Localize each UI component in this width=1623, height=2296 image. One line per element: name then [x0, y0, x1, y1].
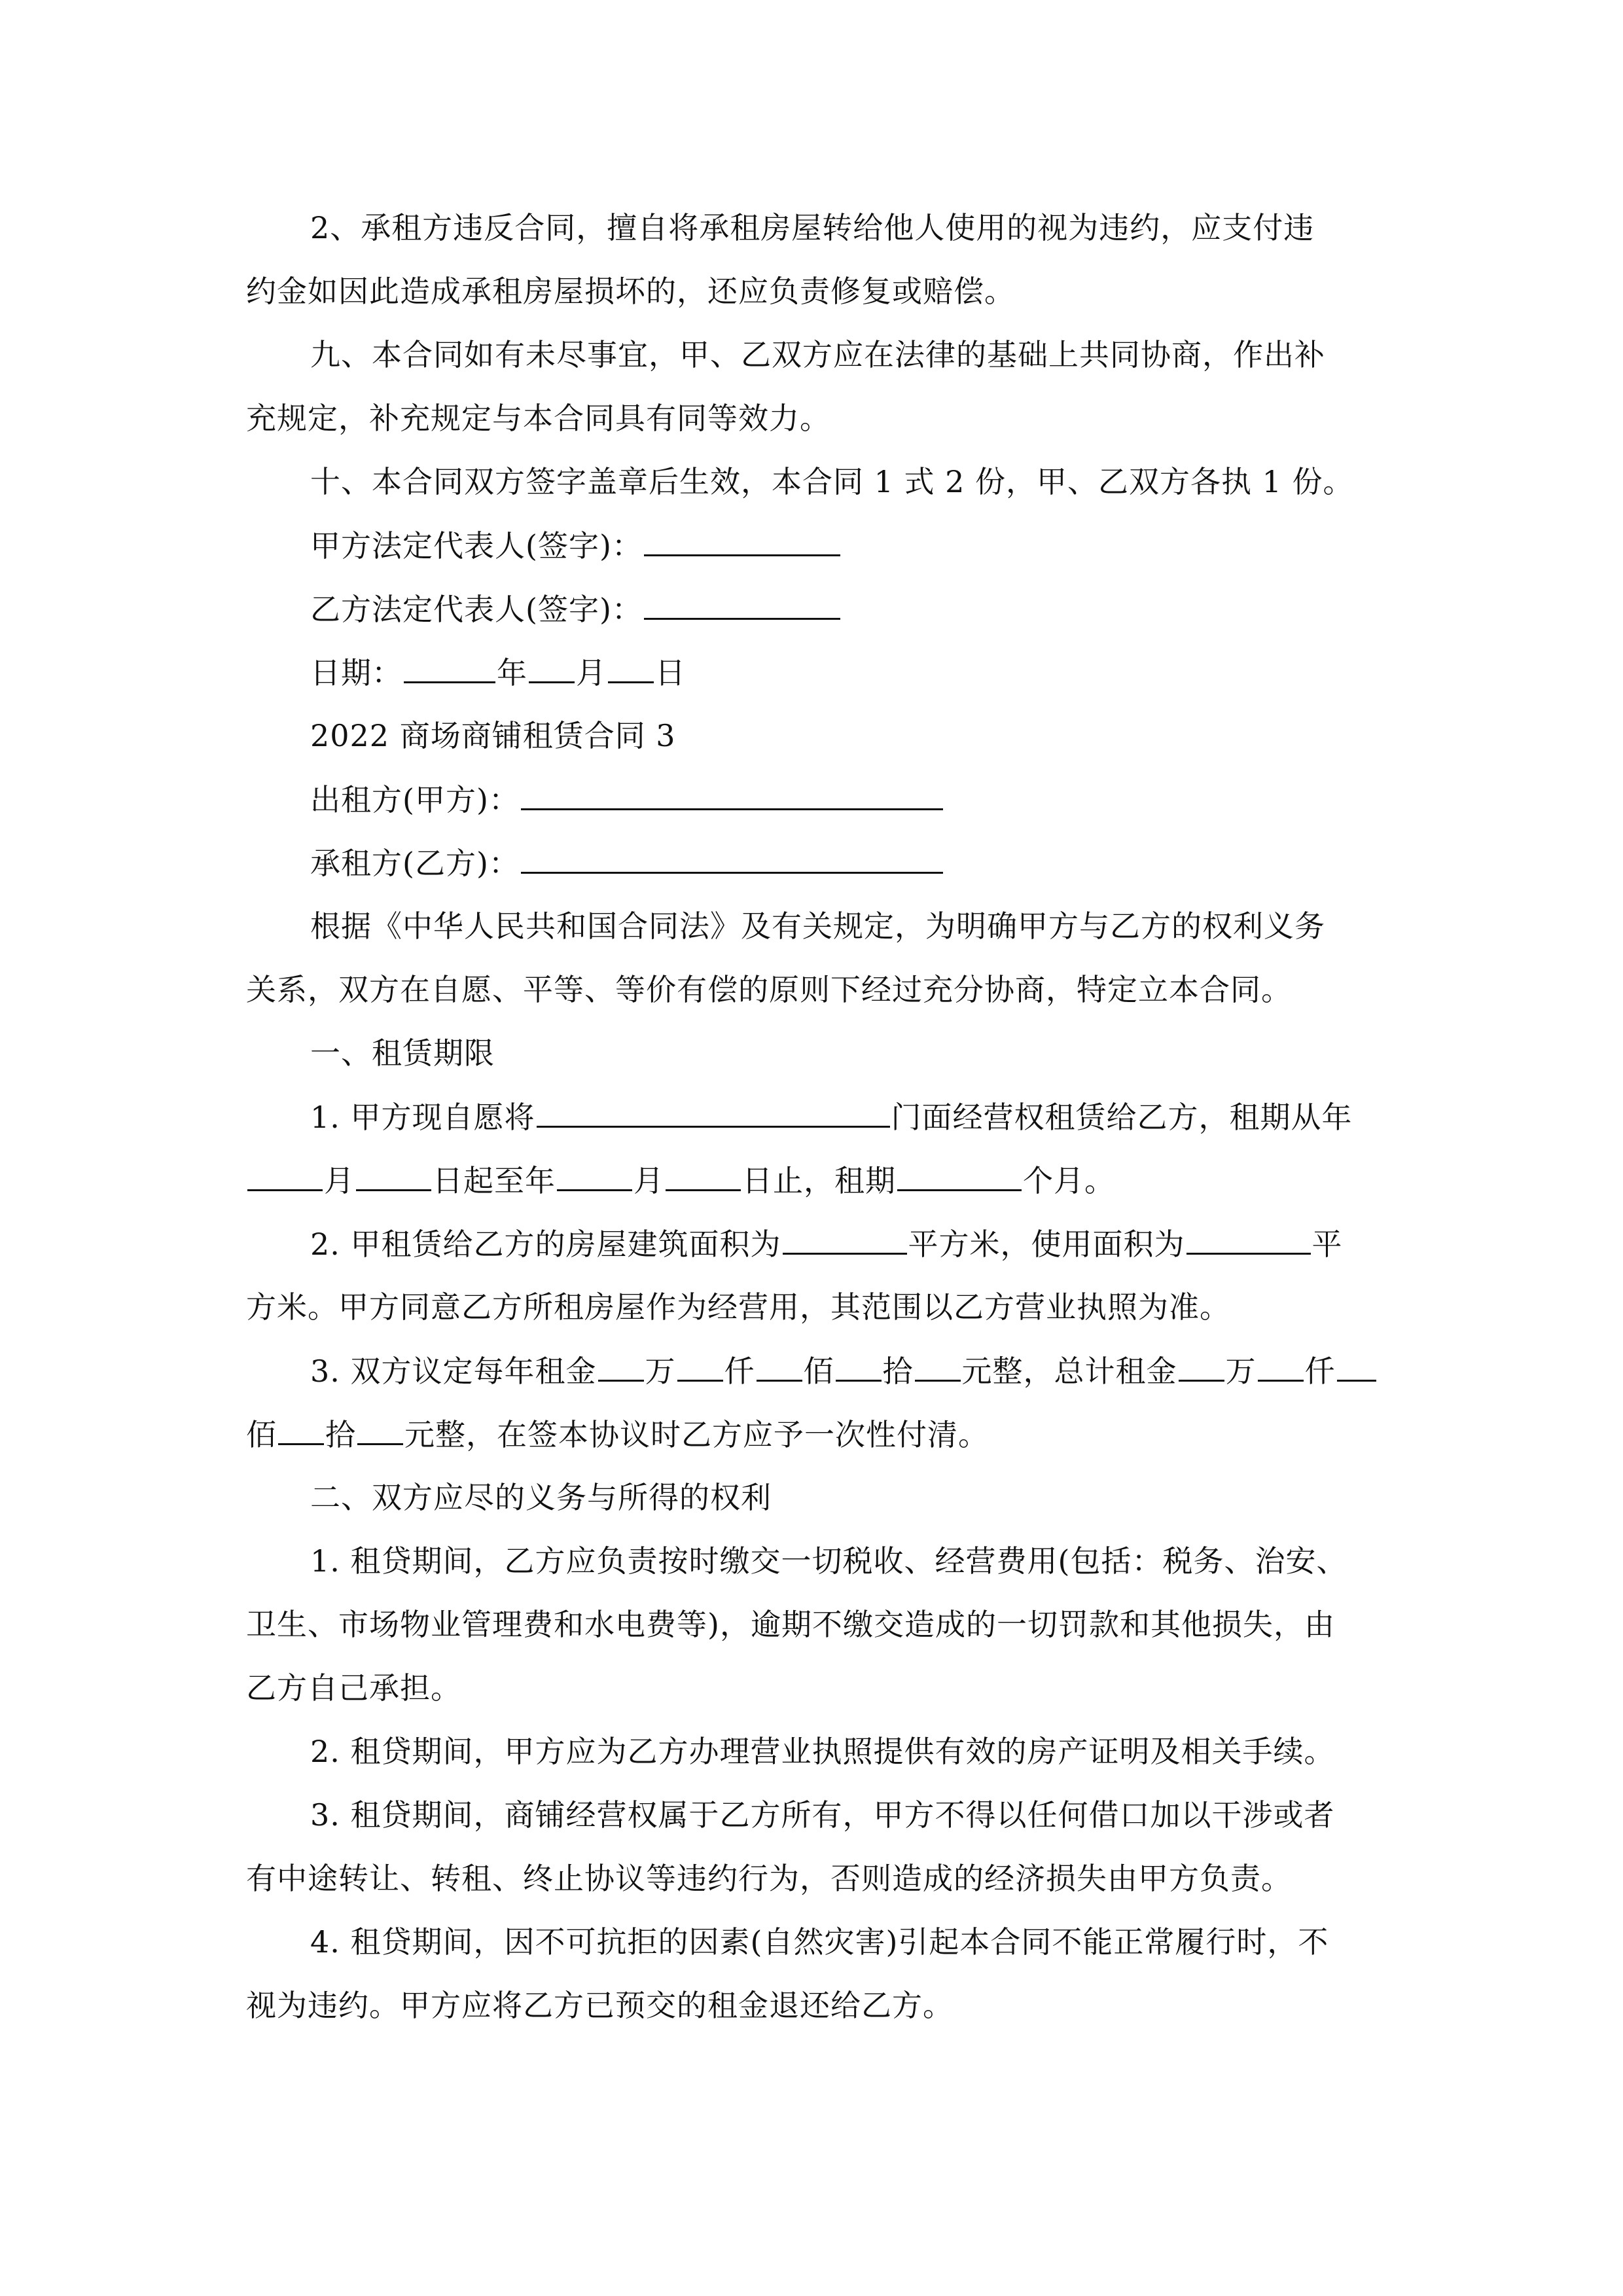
clause-text: 个月。: [1023, 1163, 1115, 1198]
clause-text: 月: [324, 1163, 355, 1198]
date-line: 日期：年月日: [310, 653, 1449, 692]
lessor-label: 出租方(甲方)：: [310, 782, 520, 817]
lessee-field[interactable]: [521, 843, 943, 874]
document-page: 2、承租方违反合同，擅自将承租房屋转给他人使用的视为违约，应支付违 约金如因此造…: [0, 0, 1623, 2296]
preamble-line: 根据《中华人民共和国合同法》及有关规定，为明确甲方与乙方的权利义务: [310, 906, 1449, 946]
clause-text: 月: [633, 1163, 664, 1198]
end-day-field[interactable]: [666, 1160, 741, 1191]
clause-text: 日起至年: [433, 1163, 556, 1198]
total-shi-field[interactable]: [278, 1414, 324, 1445]
clause-line: 乙方自己承担。: [246, 1668, 1385, 1708]
clause-text: 门面经营权租赁给乙方，租期从年: [891, 1100, 1353, 1135]
total-yuan-field[interactable]: [357, 1414, 403, 1445]
date-day-field[interactable]: [608, 653, 654, 683]
clause-text: 2. 甲租赁给乙方的房屋建筑面积为: [310, 1227, 781, 1262]
date-year-field[interactable]: [404, 653, 495, 683]
contract-title: 2022 商场商铺租赁合同 3: [310, 716, 1449, 755]
annual-wan-field[interactable]: [598, 1351, 644, 1382]
unit-label: 仟: [724, 1354, 755, 1389]
section-heading: 二、双方应尽的义务与所得的权利: [310, 1478, 1449, 1517]
clause-line: 1. 租贷期间，乙方应负责按时缴交一切税收、经营费用(包括：税务、治安、: [310, 1541, 1449, 1581]
total-qian-field[interactable]: [1258, 1351, 1304, 1382]
start-month-field[interactable]: [247, 1160, 323, 1191]
lessor-line: 出租方(甲方)：: [310, 780, 1449, 819]
building-area-field[interactable]: [783, 1224, 907, 1255]
party-b-rep-label: 乙方法定代表人(签字)：: [310, 592, 643, 627]
clause-text: 元整，在签本协议时乙方应予一次性付清。: [404, 1417, 989, 1452]
clause-line: 佰拾元整，在签本协议时乙方应予一次性付清。: [246, 1414, 1385, 1454]
party-a-rep-label: 甲方法定代表人(签字)：: [310, 528, 643, 564]
clause-text: 元整，总计租金: [962, 1354, 1177, 1389]
unit-label: 万: [645, 1354, 676, 1389]
unit-label: 佰: [246, 1417, 277, 1452]
unit-label: 佰: [804, 1354, 834, 1389]
annual-qian-field[interactable]: [677, 1351, 723, 1382]
clause-text: 平: [1312, 1227, 1343, 1262]
start-day-field[interactable]: [356, 1160, 431, 1191]
unit-label: 万: [1226, 1354, 1257, 1389]
clause-line: 3. 租贷期间，商铺经营权属于乙方所有，甲方不得以任何借口加以干涉或者: [310, 1795, 1449, 1835]
clause-line: 有中途转让、转租、终止协议等违约行为，否则造成的经济损失由甲方负责。: [246, 1859, 1385, 1898]
party-a-signature-field[interactable]: [644, 526, 840, 556]
clause-text: 平方米，使用面积为: [908, 1227, 1185, 1262]
date-month-field[interactable]: [529, 653, 575, 683]
paragraph-line: 2、承租方违反合同，擅自将承租房屋转给他人使用的视为违约，应支付违: [310, 208, 1449, 247]
clause-line: 4. 租贷期间，因不可抗拒的因素(自然灾害)引起本合同不能正常履行时，不: [310, 1922, 1449, 1962]
total-bai-field[interactable]: [1337, 1351, 1376, 1382]
annual-yuan-field[interactable]: [915, 1351, 961, 1382]
clause-text: 3. 双方议定每年租金: [310, 1354, 597, 1389]
term-months-field[interactable]: [897, 1160, 1022, 1191]
clause-line: 方米。甲方同意乙方所租房屋作为经营用，其范围以乙方营业执照为准。: [246, 1287, 1385, 1327]
party-b-signature-line: 乙方法定代表人(签字)：: [310, 589, 1449, 629]
storefront-field[interactable]: [537, 1097, 890, 1128]
end-month-field[interactable]: [557, 1160, 632, 1191]
annual-shi-field[interactable]: [836, 1351, 882, 1382]
preamble-line: 关系，双方在自愿、平等、等价有偿的原则下经过充分协商，特定立本合同。: [246, 970, 1385, 1009]
clause-line: 2. 甲租赁给乙方的房屋建筑面积为平方米，使用面积为平: [310, 1224, 1449, 1264]
year-label: 年: [497, 655, 527, 691]
paragraph-line: 十、本合同双方签字盖章后生效，本合同 1 式 2 份，甲、乙双方各执 1 份。: [310, 462, 1449, 501]
party-a-signature-line: 甲方法定代表人(签字)：: [310, 526, 1449, 565]
unit-label: 拾: [325, 1417, 356, 1452]
total-wan-field[interactable]: [1179, 1351, 1224, 1382]
clause-line: 视为违约。甲方应将乙方已预交的租金退还给乙方。: [246, 1986, 1385, 2025]
day-label: 日: [655, 655, 686, 691]
annual-bai-field[interactable]: [757, 1351, 802, 1382]
paragraph-line: 九、本合同如有未尽事宜，甲、乙双方应在法律的基础上共同协商，作出补: [310, 335, 1449, 374]
clause-text: 1. 甲方现自愿将: [310, 1100, 535, 1135]
clause-line: 月日起至年月日止，租期个月。: [246, 1160, 1385, 1200]
date-label: 日期：: [310, 655, 402, 691]
clause-text: 日止，租期: [742, 1163, 896, 1198]
unit-label: 拾: [883, 1354, 914, 1389]
section-heading: 一、租赁期限: [310, 1033, 1449, 1073]
unit-label: 仟: [1305, 1354, 1336, 1389]
month-label: 月: [576, 655, 607, 691]
lessee-label: 承租方(乙方)：: [310, 846, 520, 881]
clause-line: 1. 甲方现自愿将门面经营权租赁给乙方，租期从年: [310, 1097, 1449, 1137]
usable-area-field[interactable]: [1186, 1224, 1311, 1255]
party-b-signature-field[interactable]: [644, 589, 840, 620]
clause-line: 卫生、市场物业管理费和水电费等)，逾期不缴交造成的一切罚款和其他损失，由: [246, 1605, 1385, 1644]
paragraph-line: 约金如因此造成承租房屋损坏的，还应负责修复或赔偿。: [246, 272, 1385, 311]
lessee-line: 承租方(乙方)：: [310, 843, 1449, 883]
clause-line: 3. 双方议定每年租金万仟佰拾元整，总计租金万仟: [310, 1351, 1449, 1391]
lessor-field[interactable]: [521, 780, 943, 810]
paragraph-line: 充规定，补充规定与本合同具有同等效力。: [246, 399, 1385, 438]
clause-line: 2. 租贷期间，甲方应为乙方办理营业执照提供有效的房产证明及相关手续。: [310, 1732, 1449, 1771]
